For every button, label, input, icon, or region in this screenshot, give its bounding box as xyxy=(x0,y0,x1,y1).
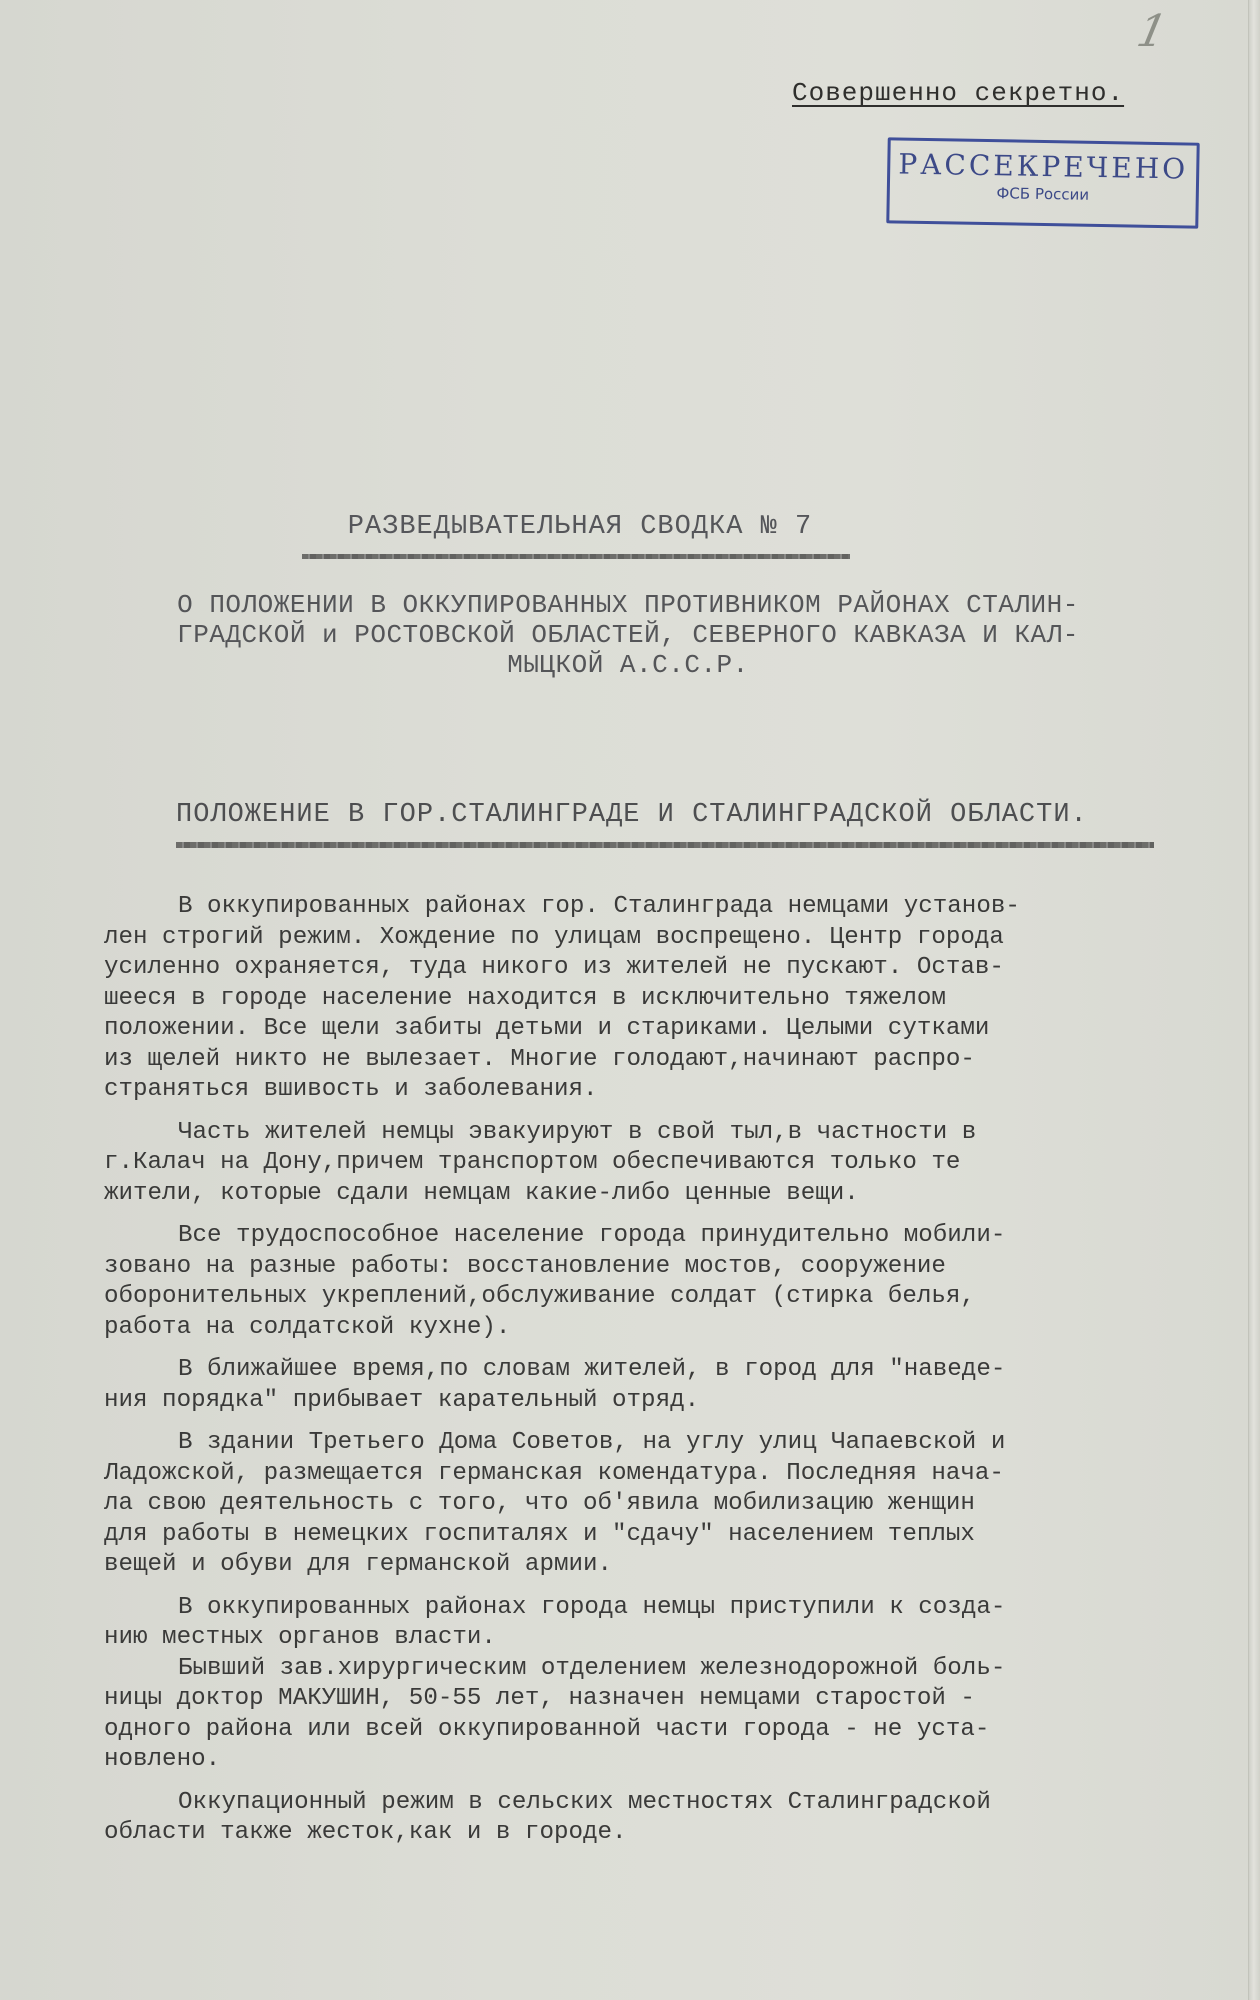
paragraph: В здании Третьего Дома Советов, на углу … xyxy=(104,1428,1244,1581)
report-title: РАЗВЕДЫВАТЕЛЬНАЯ СВОДКА № 7 xyxy=(300,512,860,542)
body-text: В оккупированных районах гор. Сталинград… xyxy=(104,892,1244,1861)
report-subtitle: О ПОЛОЖЕНИИ В ОККУПИРОВАННЫХ ПРОТИВНИКОМ… xyxy=(98,590,1158,680)
paragraph: В оккупированных районах гор. Сталинград… xyxy=(104,892,1244,1106)
title-underline xyxy=(302,554,850,559)
paragraph: Часть жителей немцы эвакуируют в свой ты… xyxy=(104,1118,1244,1210)
page-edge xyxy=(1248,0,1260,2000)
stamp-subtitle: ФСБ России xyxy=(890,182,1196,205)
declassified-stamp: РАССЕКРЕЧЕНО ФСБ России xyxy=(886,137,1199,228)
stamp-title: РАССЕКРЕЧЕНО xyxy=(890,148,1197,185)
paragraph: В оккупированных районах города немцы пр… xyxy=(104,1593,1244,1654)
paragraph: Оккупационный режим в сельских местностя… xyxy=(104,1788,1244,1849)
paragraph: Бывший зав.хирургическим отделением желе… xyxy=(104,1654,1244,1776)
section-heading: ПОЛОЖЕНИЕ В ГОР.СТАЛИНГРАДЕ И СТАЛИНГРАД… xyxy=(176,800,1156,830)
paragraph: Все трудоспособное население города прин… xyxy=(104,1221,1244,1343)
classification-label: Совершенно секретно. xyxy=(792,78,1124,108)
section-underline xyxy=(176,842,1154,848)
paragraph: В ближайшее время,по словам жителей, в г… xyxy=(104,1355,1244,1416)
